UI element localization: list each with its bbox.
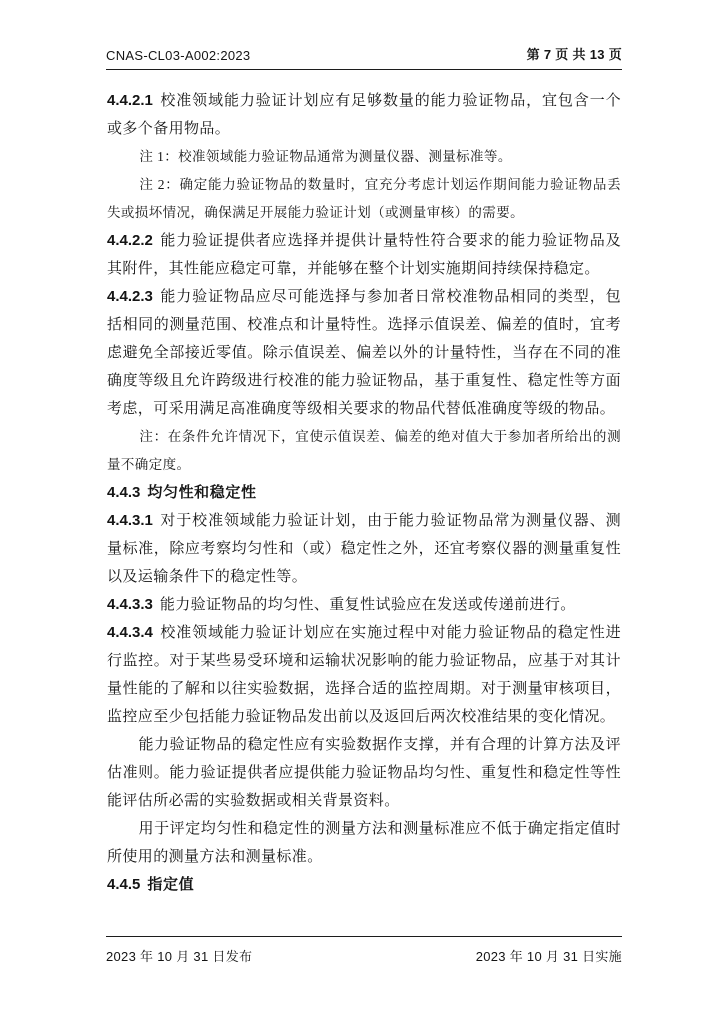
heading-text: 指定值	[147, 877, 194, 893]
clause-number: 4.4.2.2	[107, 232, 153, 249]
document-body: 4.4.2.1校准领域能力验证计划应有足够数量的能力验证物品，宜包含一个或多个备…	[107, 87, 621, 899]
document-code: CNAS-CL03-A002:2023	[106, 48, 250, 63]
body-text: 用于评定均匀性和稳定性的测量方法和测量标准应不低于确定指定值时所使用的测量方法和…	[107, 821, 621, 865]
clause-paragraph-4434: 4.4.3.4校准领域能力验证计划应在实施过程中对能力验证物品的稳定性进行监控。…	[107, 619, 621, 731]
clause-number: 4.4.3.3	[107, 596, 153, 613]
note-paragraph-1: 注 1：校准领域能力验证物品通常为测量仪器、测量标准等。	[107, 143, 621, 171]
document-page: CNAS-CL03-A002:2023 第 7 页 共 13 页 4.4.2.1…	[0, 0, 720, 1018]
clause-number: 4.4.3.4	[107, 624, 153, 641]
clause-text: 校准领域能力验证计划应在实施过程中对能力验证物品的稳定性进行监控。对于某些易受环…	[107, 625, 621, 725]
body-paragraph-evaluation-method: 用于评定均匀性和稳定性的测量方法和测量标准应不低于确定指定值时所使用的测量方法和…	[107, 815, 621, 871]
clause-text: 能力验证物品的均匀性、重复性试验应在发送或传递前进行。	[160, 597, 576, 613]
note-text: 注 1：校准领域能力验证物品通常为测量仪器、测量标准等。	[139, 149, 511, 164]
clause-paragraph-4423: 4.4.2.3能力验证物品应尽可能选择与参加者日常校准物品相同的类型，包括相同的…	[107, 283, 621, 423]
clause-text: 对于校准领域能力验证计划，由于能力验证物品常为测量仪器、测量标准，除应考察均匀性…	[107, 513, 621, 585]
note-text: 注 2：确定能力验证物品的数量时，宜充分考虑计划运作期间能力验证物品丢失或损坏情…	[107, 177, 621, 220]
issue-date: 2023 年 10 月 31 日发布	[106, 946, 252, 965]
page-number: 第 7 页 共 13 页	[527, 44, 622, 63]
heading-text: 均匀性和稳定性	[147, 485, 256, 501]
clause-text: 能力验证提供者应选择并提供计量特性符合要求的能力验证物品及其附件，其性能应稳定可…	[107, 233, 621, 277]
section-heading-445: 4.4.5指定值	[107, 871, 621, 899]
note-text: 注：在条件允许情况下，宜使示值误差、偏差的绝对值大于参加者所给出的测量不确定度。	[107, 429, 621, 472]
clause-text: 校准领域能力验证计划应有足够数量的能力验证物品，宜包含一个或多个备用物品。	[107, 93, 621, 137]
clause-paragraph-4422: 4.4.2.2能力验证提供者应选择并提供计量特性符合要求的能力验证物品及其附件，…	[107, 227, 621, 283]
page-header: CNAS-CL03-A002:2023 第 7 页 共 13 页	[106, 44, 622, 70]
section-heading-443: 4.4.3均匀性和稳定性	[107, 479, 621, 507]
clause-paragraph-4431: 4.4.3.1对于校准领域能力验证计划，由于能力验证物品常为测量仪器、测量标准，…	[107, 507, 621, 591]
body-paragraph-stability-data: 能力验证物品的稳定性应有实验数据作支撑，并有合理的计算方法及评估准则。能力验证提…	[107, 731, 621, 815]
clause-number: 4.4.2.3	[107, 288, 153, 305]
heading-number: 4.4.3	[107, 484, 140, 501]
body-text: 能力验证物品的稳定性应有实验数据作支撑，并有合理的计算方法及评估准则。能力验证提…	[107, 737, 621, 809]
note-paragraph-2: 注 2：确定能力验证物品的数量时，宜充分考虑计划运作期间能力验证物品丢失或损坏情…	[107, 171, 621, 227]
clause-paragraph-4433: 4.4.3.3能力验证物品的均匀性、重复性试验应在发送或传递前进行。	[107, 591, 621, 619]
clause-number: 4.4.3.1	[107, 512, 153, 529]
clause-paragraph-4421: 4.4.2.1校准领域能力验证计划应有足够数量的能力验证物品，宜包含一个或多个备…	[107, 87, 621, 143]
heading-number: 4.4.5	[107, 876, 140, 893]
clause-text: 能力验证物品应尽可能选择与参加者日常校准物品相同的类型，包括相同的测量范围、校准…	[107, 289, 621, 417]
implement-date: 2023 年 10 月 31 日实施	[476, 946, 622, 965]
page-footer: 2023 年 10 月 31 日发布 2023 年 10 月 31 日实施	[106, 936, 622, 965]
clause-number: 4.4.2.1	[107, 92, 153, 109]
note-paragraph-3: 注：在条件允许情况下，宜使示值误差、偏差的绝对值大于参加者所给出的测量不确定度。	[107, 423, 621, 479]
